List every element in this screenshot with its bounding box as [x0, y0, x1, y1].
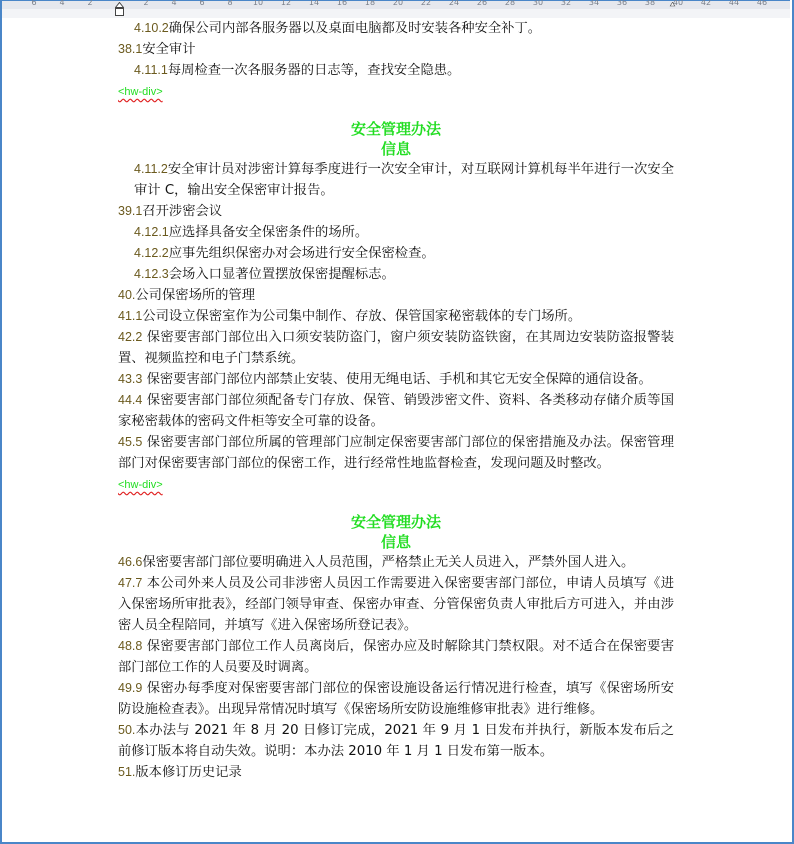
paragraph-number: 4.12.2: [134, 246, 169, 260]
hw-div-tag: <hw-div>: [118, 474, 163, 496]
ruler-tick-label: 42: [701, 0, 711, 7]
ruler-tick-label: 34: [589, 0, 599, 7]
paragraph: 4.11.2安全审计员对涉密计算每季度进行一次安全审计，对互联网计算机每半年进行…: [118, 159, 674, 201]
paragraph-number: 4.10.2: [134, 21, 169, 35]
paragraph: 48.8 保密要害部门部位工作人员离岗后，保密办应及时解除其门禁权限。对不适合在…: [118, 636, 674, 678]
paragraph-number: 43.3: [118, 372, 142, 386]
paragraph-number: 40.: [118, 288, 135, 302]
paragraph-text: 保密要害部门部位所属的管理部门应制定保密要害部门部位的保密措施及办法。保密管理部…: [118, 435, 674, 471]
paragraph-number: 39.1: [118, 204, 142, 218]
ruler-tick-label: 16: [337, 0, 347, 7]
paragraph-text: 保密要害部门部位工作人员离岗后，保密办应及时解除其门禁权限。对不适合在保密要害部…: [118, 639, 674, 675]
ruler-tick-label: 46: [757, 0, 767, 7]
ruler-tick-label: 2: [87, 0, 92, 7]
paragraph-number: 38.1: [118, 42, 142, 56]
paragraph-text: 应选择具备安全保密条件的场所。: [169, 225, 368, 240]
ruler-tick-label: 6: [199, 0, 204, 7]
paragraph-number: 4.12.1: [134, 225, 169, 239]
ruler-tick-label: 22: [421, 0, 431, 7]
content-block-2: 4.11.2安全审计员对涉密计算每季度进行一次安全审计，对互联网计算机每半年进行…: [118, 159, 674, 474]
paragraph-text: 保密办每季度对保密要害部门部位的保密设施设备运行情况进行检查，填写《保密场所安防…: [118, 681, 674, 717]
right-indent-marker-icon[interactable]: [668, 2, 677, 10]
document-page[interactable]: 4.10.2确保公司内部各服务器以及桌面电脑都及时安装各种安全补丁。38.1安全…: [118, 18, 674, 783]
ruler-tick-label: 24: [449, 0, 459, 7]
paragraph-text: 版本修订历史记录: [135, 765, 241, 780]
ruler-tick-label: 38: [645, 0, 655, 7]
ruler-tick-label: 28: [505, 0, 515, 7]
paragraph: 46.6保密要害部门部位要明确进入人员范围，严格禁止无关人员进入，严禁外国人进入…: [118, 552, 674, 573]
paragraph-number: 48.8: [118, 639, 142, 653]
paragraph: 4.11.1每周检查一次各服务器的日志等，查找安全隐患。: [118, 60, 674, 81]
ruler-tick-label: 8: [227, 0, 232, 7]
paragraph: 4.12.3会场入口显著位置摆放保密提醒标志。: [118, 264, 674, 285]
paragraph: 4.10.2确保公司内部各服务器以及桌面电脑都及时安装各种安全补丁。: [118, 18, 674, 39]
section-title-1: 安全管理办法: [118, 119, 674, 139]
ruler-tick-label: 6: [31, 0, 36, 7]
paragraph-number: 50.: [118, 723, 135, 737]
ruler-tick-label: 14: [309, 0, 319, 7]
ruler-tick-label: 30: [533, 0, 543, 7]
ruler-tick-label: 12: [281, 0, 291, 7]
paragraph: 49.9 保密办每季度对保密要害部门部位的保密设施设备运行情况进行检查，填写《保…: [118, 678, 674, 720]
section-title-2: 安全管理办法: [118, 512, 674, 532]
paragraph: 41.1公司设立保密室作为公司集中制作、存放、保管国家秘密载体的专门场所。: [118, 306, 674, 327]
paragraph-text: 保密要害部门部位内部禁止安装、使用无绳电话、手机和其它无安全保障的通信设备。: [142, 372, 652, 387]
content-block-1: 4.10.2确保公司内部各服务器以及桌面电脑都及时安装各种安全补丁。38.1安全…: [118, 18, 674, 81]
ruler-tick-label: 4: [171, 0, 176, 7]
paragraph-text: 本办法与 2021 年 8 月 20 日修订完成，2021 年 9 月 1 日发…: [118, 723, 674, 759]
paragraph: 39.1召开涉密会议: [118, 201, 674, 222]
ruler-tick-label: 2: [143, 0, 148, 7]
paragraph: 47.7 本公司外来人员及公司非涉密人员因工作需要进入保密要害部门部位，申请人员…: [118, 573, 674, 636]
section-subtitle-1: 信息: [118, 139, 674, 159]
paragraph-number: 46.6: [118, 555, 142, 569]
paragraph: 51.版本修订历史记录: [118, 762, 674, 783]
content-block-3: 46.6保密要害部门部位要明确进入人员范围，严格禁止无关人员进入，严禁外国人进入…: [118, 552, 674, 783]
paragraph-text: 会场入口显著位置摆放保密提醒标志。: [169, 267, 395, 282]
section-subtitle-2: 信息: [118, 532, 674, 552]
ruler-tick-label: 10: [253, 0, 263, 7]
horizontal-ruler[interactable]: 6422468101214161820222426283032343638404…: [2, 0, 790, 18]
paragraph-text: 确保公司内部各服务器以及桌面电脑都及时安装各种安全补丁。: [169, 21, 541, 36]
paragraph: 38.1安全审计: [118, 39, 674, 60]
paragraph-number: 4.11.1: [134, 63, 168, 77]
paragraph: 43.3 保密要害部门部位内部禁止安装、使用无绳电话、手机和其它无安全保障的通信…: [118, 369, 674, 390]
paragraph-number: 44.4: [118, 393, 142, 407]
paragraph-number: 49.9: [118, 681, 142, 695]
ruler-tick-label: 4: [59, 0, 64, 7]
paragraph-text: 安全审计: [142, 42, 195, 57]
paragraph-number: 45.5: [118, 435, 142, 449]
ruler-tick-label: 26: [477, 0, 487, 7]
ruler-tick-label: 36: [617, 0, 627, 7]
paragraph-text: 召开涉密会议: [142, 204, 222, 219]
paragraph-text: 保密要害部门部位出入口须安装防盗门，窗户须安装防盗铁窗，在其周边安装防盗报警装置…: [118, 330, 674, 366]
paragraph-number: 41.1: [118, 309, 142, 323]
paragraph-number: 42.2: [118, 330, 142, 344]
ruler-tick-label: 20: [393, 0, 403, 7]
paragraph-text: 每周检查一次各服务器的日志等，查找安全隐患。: [168, 63, 461, 78]
paragraph-text: 公司保密场所的管理: [135, 288, 255, 303]
paragraph: 45.5 保密要害部门部位所属的管理部门应制定保密要害部门部位的保密措施及办法。…: [118, 432, 674, 474]
paragraph: 42.2 保密要害部门部位出入口须安装防盗门，窗户须安装防盗铁窗，在其周边安装防…: [118, 327, 674, 369]
left-indent-marker-icon[interactable]: [115, 2, 124, 16]
ruler-tick-label: 32: [561, 0, 571, 7]
paragraph-text: 应事先组织保密办对会场进行安全保密检查。: [169, 246, 435, 261]
paragraph-text: 安全审计员对涉密计算每季度进行一次安全审计，对互联网计算机每半年进行一次安全审计…: [134, 162, 674, 198]
hw-div-tag: <hw-div>: [118, 81, 163, 103]
paragraph: 44.4 保密要害部门部位须配备专门存放、保管、销毁涉密文件、资料、各类移动存储…: [118, 390, 674, 432]
paragraph-text: 本公司外来人员及公司非涉密人员因工作需要进入保密要害部门部位，申请人员填写《进入…: [118, 576, 674, 633]
hw-div-tag-2: <hw-div>: [118, 474, 674, 496]
paragraph-text: 保密要害部门部位要明确进入人员范围，严格禁止无关人员进入，严禁外国人进入。: [142, 555, 634, 570]
ruler-tick-label: 18: [365, 0, 375, 7]
ruler-tick-label: 44: [729, 0, 739, 7]
paragraph-number: 51.: [118, 765, 135, 779]
paragraph-number: 4.11.2: [134, 162, 168, 176]
paragraph: 4.12.2应事先组织保密办对会场进行安全保密检查。: [118, 243, 674, 264]
paragraph: 4.12.1应选择具备安全保密条件的场所。: [118, 222, 674, 243]
paragraph-text: 公司设立保密室作为公司集中制作、存放、保管国家秘密载体的专门场所。: [142, 309, 581, 324]
paragraph-number: 4.12.3: [134, 267, 169, 281]
hw-div-tag-1: <hw-div>: [118, 81, 674, 103]
paragraph: 50.本办法与 2021 年 8 月 20 日修订完成，2021 年 9 月 1…: [118, 720, 674, 762]
paragraph: 40.公司保密场所的管理: [118, 285, 674, 306]
paragraph-text: 保密要害部门部位须配备专门存放、保管、销毁涉密文件、资料、各类移动存储介质等国家…: [118, 393, 674, 429]
paragraph-number: 47.7: [118, 576, 142, 590]
